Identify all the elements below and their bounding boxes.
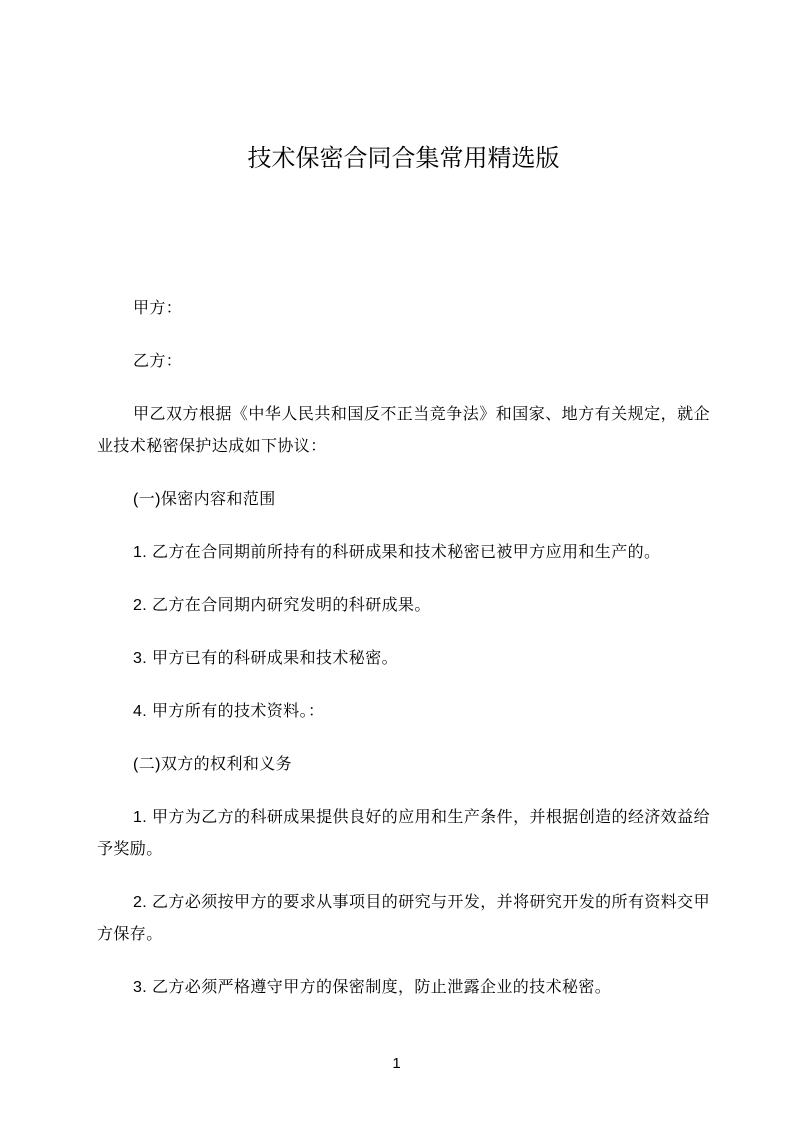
paragraph: 甲乙双方根据《中华人民共和国反不正当竞争法》和国家、地方有关规定，就企业技术秘密…	[97, 399, 710, 463]
paragraph: 1. 乙方在合同期前所持有的科研成果和技术秘密已被甲方应用和生产的。	[97, 537, 710, 569]
paragraph: 甲方：	[97, 293, 710, 325]
paragraph: 乙方：	[97, 346, 710, 378]
document-content: 技术保密合同合集常用精选版 甲方：乙方：甲乙双方根据《中华人民共和国反不正当竞争…	[97, 143, 710, 1025]
paragraph: 3. 甲方已有的科研成果和技术秘密。	[97, 643, 710, 675]
paragraph: 2. 乙方在合同期内研究发明的科研成果。	[97, 590, 710, 622]
document-body: 甲方：乙方：甲乙双方根据《中华人民共和国反不正当竞争法》和国家、地方有关规定，就…	[97, 293, 710, 1004]
page-number: 1	[0, 1054, 793, 1074]
paragraph: 4. 甲方所有的技术资料。：	[97, 696, 710, 728]
paragraph: 1. 甲方为乙方的科研成果提供良好的应用和生产条件，并根据创造的经济效益给予奖励…	[97, 802, 710, 866]
document-title: 技术保密合同合集常用精选版	[97, 143, 710, 175]
paragraph: (二)双方的权利和义务	[97, 749, 710, 781]
document-page: 技术保密合同合集常用精选版 甲方：乙方：甲乙双方根据《中华人民共和国反不正当竞争…	[0, 0, 793, 1122]
paragraph: 3. 乙方必须严格遵守甲方的保密制度，防止泄露企业的技术秘密。	[97, 972, 710, 1004]
paragraph: 2. 乙方必须按甲方的要求从事项目的研究与开发，并将研究开发的所有资料交甲方保存…	[97, 887, 710, 951]
paragraph: (一)保密内容和范围	[97, 484, 710, 516]
